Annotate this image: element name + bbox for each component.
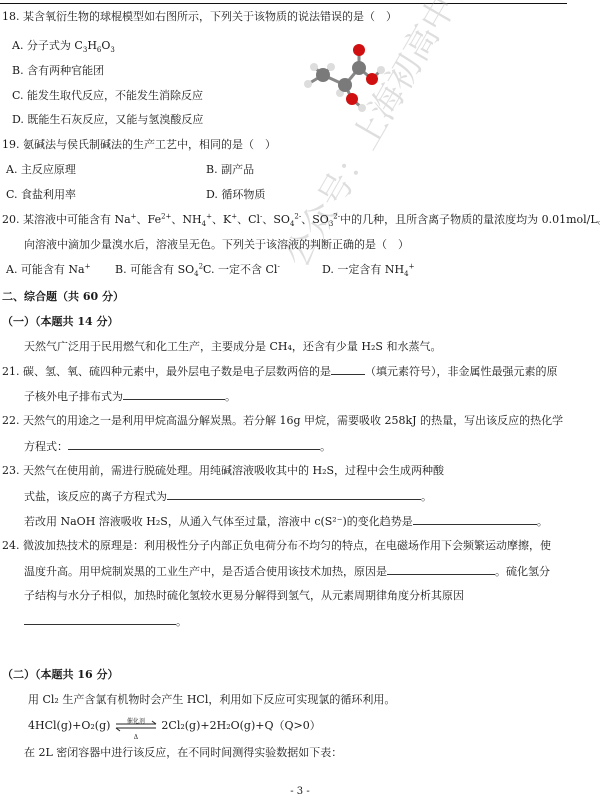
table-intro: 在 2L 密闭容器中进行该反应，在不同时间测得实验数据如下表： bbox=[24, 746, 342, 760]
reaction-equation: 4HCl(g)+O₂(g) 催化剂 Δ 2Cl₂(g)+2H₂O(g)+Q（Q>… bbox=[28, 719, 321, 733]
q19-option-d: D. 循环物质 bbox=[206, 188, 265, 202]
q23-line2: 式盐，该反应的离子方程式为。 bbox=[24, 489, 432, 504]
q23-blank-2[interactable] bbox=[413, 514, 537, 525]
q22-line1: 22. 天然气的用途之一是利用甲烷高温分解炭黑。若分解 16g 甲烷，需要吸收 … bbox=[2, 414, 563, 428]
q21-blank-1[interactable] bbox=[331, 364, 365, 375]
q24-line2: 温度升高。用甲烷制炭黑的工业生产中，是否适合使用该技术加热，原因是。硫化氢分 bbox=[24, 564, 550, 579]
q22-line2: 方程式：。 bbox=[24, 439, 331, 454]
q18-stem: 18. 某含氧衍生物的球棍模型如右图所示，下列关于该物质的说法错误的是（ ） bbox=[2, 10, 397, 24]
section2-title: 二、综合题（共 60 分） bbox=[2, 290, 124, 304]
q19-option-b: B. 副产品 bbox=[206, 163, 254, 177]
q21-line1: 21. 碳、氢、氧、硫四种元素中，最外层电子数是电子层数两倍的是（填元素符号），… bbox=[2, 364, 558, 379]
q22-blank[interactable] bbox=[68, 439, 320, 450]
q24-line3: 子结构与水分子相似，加热时硫化氢较水更易分解得到氢气，从元素周期律角度分析其原因 bbox=[24, 589, 464, 603]
part2-intro: 用 Cl₂ 生产含氯有机物时会产生 HCl，利用如下反应可实现氯的循环利用。 bbox=[28, 693, 395, 707]
q20-option-d: D. 一定含有 NH4+ bbox=[322, 263, 414, 277]
q18-option-d: D. 既能生石灰反应，又能与氢溴酸反应 bbox=[12, 113, 203, 127]
q21-blank-2[interactable] bbox=[123, 389, 225, 400]
q19-stem: 19. 氨碱法与侯氏制碱法的生产工艺中，相同的是（ ） bbox=[2, 138, 276, 152]
q23-blank-1[interactable] bbox=[167, 489, 421, 500]
reversible-arrow-icon: 催化剂 Δ bbox=[114, 719, 158, 733]
q20-option-a: A. 可能含有 Na+ bbox=[6, 263, 91, 277]
part2-title: （二）（本题共 16 分） bbox=[2, 668, 118, 682]
molecule-ball-stick-image bbox=[290, 38, 390, 118]
q24-line1: 24. 微波加热技术的原理是：利用极性分子内部正负电荷分布不均匀的特点，在电磁场… bbox=[2, 539, 551, 553]
q23-line3: 若改用 NaOH 溶液吸收 H₂S，从通入气体至过量，溶液中 c(S²⁻)的变化… bbox=[24, 514, 548, 529]
q24-blank-2[interactable] bbox=[24, 614, 176, 625]
part1-intro: 天然气广泛用于民用燃气和化工生产，主要成分是 CH₄，还含有少量 H₂S 和水蒸… bbox=[24, 340, 441, 354]
page-number: - 3 - bbox=[0, 786, 600, 797]
q18-option-c: C. 能发生取代反应，不能发生消除反应 bbox=[12, 89, 203, 103]
part1-title: （一）（本题共 14 分） bbox=[2, 315, 118, 329]
q18-option-a: A. 分子式为 C3H6O3 bbox=[12, 39, 115, 53]
q23-line1: 23. 天然气在使用前，需进行脱硫处理。用纯碱溶液吸收其中的 H₂S，过程中会生… bbox=[2, 464, 444, 478]
q24-blank-1[interactable] bbox=[387, 564, 495, 575]
q20-stem: 20. 某溶液中可能含有 Na+、Fe2+、NH4+、K+、Cl-、SO42-、… bbox=[2, 213, 600, 227]
q24-line4: 。 bbox=[24, 614, 187, 629]
q19-option-c: C. 食盐利用率 bbox=[6, 188, 76, 202]
header-rule bbox=[0, 3, 567, 4]
q20-option-b: B. 可能含有 SO42- bbox=[115, 263, 205, 277]
q21-line2: 子核外电子排布式为。 bbox=[24, 389, 236, 404]
q20-stem-line2: 向溶液中滴加少量溴水后，溶液呈无色。下列关于该溶液的判断正确的是（ ） bbox=[24, 238, 409, 252]
q20-option-c: C. 一定不含 Cl- bbox=[203, 263, 280, 277]
q19-option-a: A. 主反应原理 bbox=[6, 163, 76, 177]
q18-option-b: B. 含有两种官能团 bbox=[12, 64, 104, 78]
